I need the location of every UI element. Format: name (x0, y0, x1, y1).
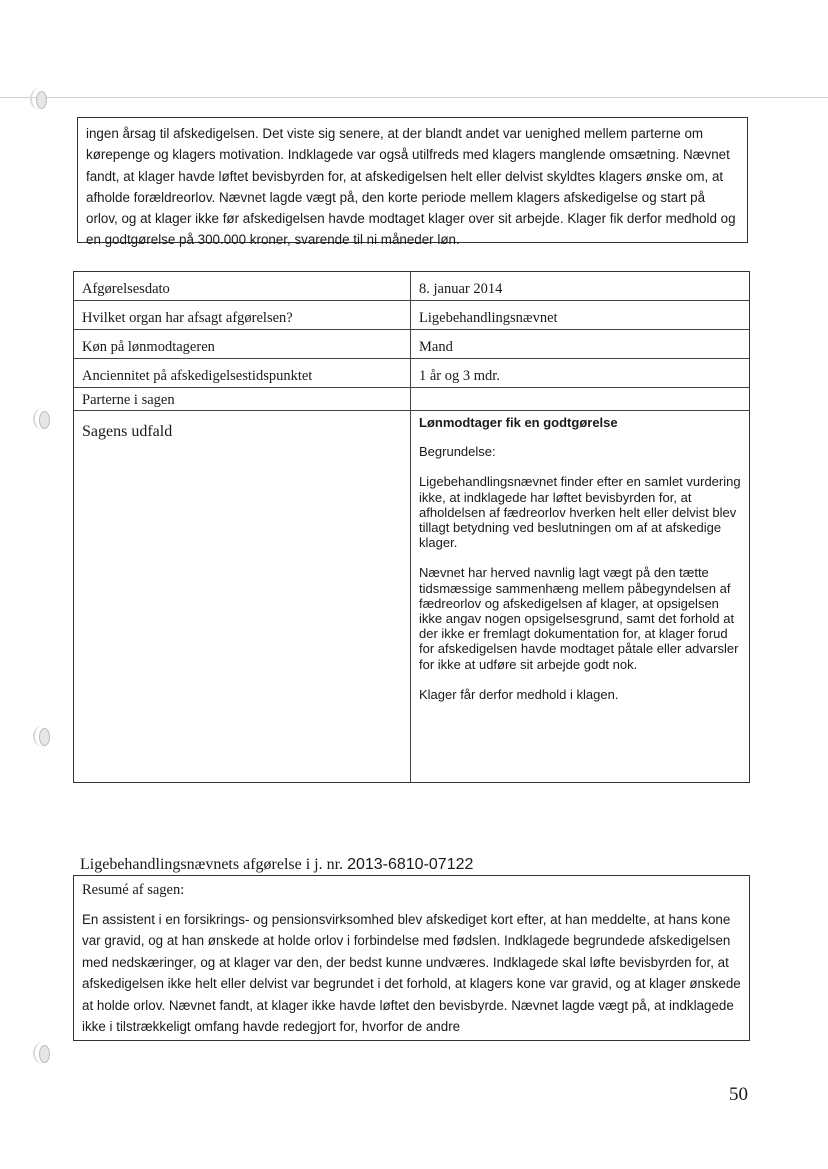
reason-paragraph: Ligebehandlingsnævnet finder efter en sa… (419, 474, 741, 550)
row-value: 8. januar 2014 (411, 272, 749, 300)
row-label: Køn på lønmodtageren (74, 330, 411, 358)
next-case-summary-box: Resumé af sagen: En assistent i en forsi… (73, 875, 750, 1041)
row-label: Anciennitet på afskedigelsestidspunktet (74, 359, 411, 387)
outcome-content: Lønmodtager fik en godtgørelse Begrundel… (411, 411, 749, 782)
punch-hole-icon (30, 88, 48, 110)
page-number: 50 (729, 1084, 748, 1106)
next-case-heading-text: Ligebehandlingsnævnets afgørelse i j. nr… (80, 856, 343, 873)
case-info-table: Afgørelsesdato 8. januar 2014 Hvilket or… (73, 271, 750, 783)
scan-top-rule (0, 97, 828, 98)
reason-paragraph: Klager får derfor medhold i klagen. (419, 687, 741, 702)
summary-continuation-box: ingen årsag til afskedigelsen. Det viste… (77, 117, 748, 243)
table-row: Hvilket organ har afsagt afgørelsen? Lig… (74, 301, 749, 330)
row-value (411, 388, 749, 410)
reason-label: Begrundelse: (419, 444, 741, 459)
row-label: Hvilket organ har afsagt afgørelsen? (74, 301, 411, 329)
outcome-title: Lønmodtager fik en godtgørelse (419, 415, 741, 430)
punch-hole-icon (33, 1042, 51, 1064)
row-label: Parterne i sagen (74, 388, 411, 410)
table-row: Parterne i sagen (74, 388, 749, 411)
table-row: Afgørelsesdato 8. januar 2014 (74, 272, 749, 301)
summary-label: Resumé af sagen: (82, 882, 741, 899)
row-value: Ligebehandlingsnævnet (411, 301, 749, 329)
table-row-outcome: Sagens udfald Lønmodtager fik en godtgør… (74, 411, 749, 782)
reason-paragraph: Nævnet har herved navnlig lagt vægt på d… (419, 565, 741, 671)
punch-hole-icon (33, 725, 51, 747)
outcome-label: Sagens udfald (74, 411, 411, 782)
next-case-heading: Ligebehandlingsnævnets afgørelse i j. nr… (80, 856, 473, 874)
summary-text: En assistent i en forsikrings- og pensio… (82, 909, 741, 1037)
summary-continuation-text: ingen årsag til afskedigelsen. Det viste… (86, 126, 736, 247)
table-row: Anciennitet på afskedigelsestidspunktet … (74, 359, 749, 388)
row-value: 1 år og 3 mdr. (411, 359, 749, 387)
punch-hole-icon (33, 408, 51, 430)
row-label: Afgørelsesdato (74, 272, 411, 300)
case-number: 2013-6810-07122 (347, 856, 473, 873)
row-value: Mand (411, 330, 749, 358)
table-row: Køn på lønmodtageren Mand (74, 330, 749, 359)
